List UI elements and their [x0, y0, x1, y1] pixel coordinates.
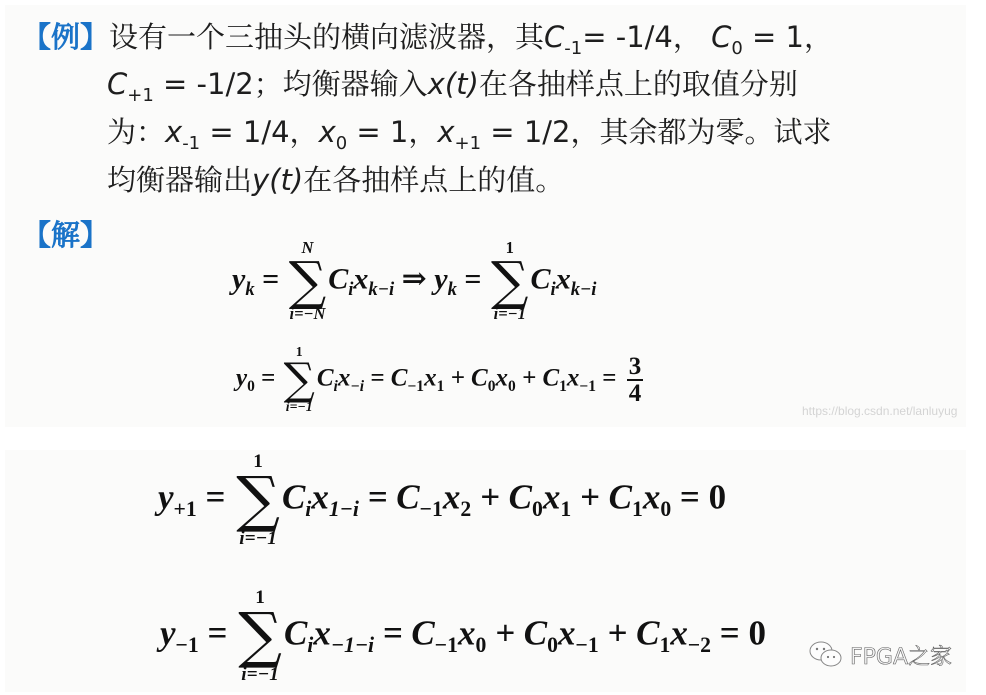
subscript: i [551, 279, 556, 300]
subscript: 0 [547, 633, 558, 657]
subscript: -1 [182, 133, 200, 154]
sigma: ∑ [284, 359, 315, 401]
var-x: x [353, 262, 368, 295]
subscript: 1 [632, 497, 643, 521]
var-x: x [311, 477, 329, 516]
value: = -1/4， [582, 20, 702, 54]
problem-line-2: C+1 = -1/2；均衡器输入x(t)在各抽样点上的取值分别 [107, 67, 798, 106]
var-x: x [670, 613, 688, 652]
subscript: 0 [475, 633, 486, 657]
value: = 1， [743, 20, 833, 54]
summation: 1∑i=−1 [491, 240, 528, 323]
wechat-icon [808, 640, 844, 670]
subscript: i [348, 279, 353, 300]
var-x: x [313, 613, 331, 652]
example-tag: 【例】 [22, 20, 109, 54]
equals: = [596, 364, 623, 391]
equation-general-sum: yk = N∑i=−NCixk−i ⇒ yk = 1∑i=−1Cixk−i [232, 240, 596, 323]
equals: = [457, 262, 489, 295]
subscript: 2 [460, 497, 471, 521]
subscript: 0 [336, 133, 347, 154]
subscript: −1 [575, 633, 598, 657]
var-y: y [160, 613, 176, 652]
subscript: 1 [437, 378, 445, 395]
var-c: C [284, 613, 307, 652]
fraction-result: 34 [627, 354, 644, 406]
var-t: (t) [445, 67, 479, 101]
subscript: −1 [420, 497, 443, 521]
problem-line-3: 为：x-1 = 1/4，x0 = 1，x+1 = 1/2，其余都为零。试求 [107, 115, 832, 154]
summation: N∑i=−N [289, 240, 326, 323]
term: + C [444, 364, 487, 391]
sigma: ∑ [289, 257, 326, 307]
var-x: x [495, 364, 508, 391]
var-x: x [443, 477, 461, 516]
value: = 1/2，其余都为零。试求 [481, 115, 831, 149]
term: = C [359, 477, 420, 516]
subscript: 1 [659, 633, 670, 657]
var-x: x [558, 613, 576, 652]
subscript: 0 [731, 38, 742, 59]
problem-text: 在各抽样点上的取值分别 [479, 67, 798, 101]
value: = -1/2；均衡器输入 [154, 67, 428, 101]
subscript: k [448, 279, 457, 300]
subscript: 1 [559, 378, 567, 395]
summation: 1∑i=−1 [238, 588, 282, 685]
sum-lower: i=−1 [491, 306, 528, 323]
equals: = [255, 364, 282, 391]
csdn-watermark: https://blog.csdn.net/lanluyug [802, 404, 957, 418]
subscript: k [245, 279, 254, 300]
value: = 1/4， [200, 115, 318, 149]
equals: = [199, 613, 236, 652]
var-c: C [544, 20, 564, 54]
var-x: x [428, 67, 445, 101]
var-t: (t) [269, 163, 303, 197]
var-x: x [556, 262, 571, 295]
sigma: ∑ [236, 471, 280, 529]
subscript: k−i [571, 279, 597, 300]
problem-text: 均衡器输出 [107, 163, 252, 197]
term: + C [571, 477, 632, 516]
sigma: ∑ [238, 607, 282, 665]
equation-y0: y0 = 1∑i=−1Cix−i = C−1x1 + C0x0 + C1x−1 … [236, 345, 643, 414]
subscript: -1 [564, 38, 582, 59]
var-y: y [434, 262, 447, 295]
subscript: −2 [688, 633, 711, 657]
term: = C [374, 613, 435, 652]
subscript: i [307, 633, 313, 657]
subscript: −1 [435, 633, 458, 657]
solution-heading: 【解】 [22, 218, 109, 252]
term: = C [364, 364, 407, 391]
subscript: 1 [560, 497, 571, 521]
var-x: x [567, 364, 580, 391]
subscript: 0 [488, 378, 496, 395]
equals: = [197, 477, 234, 516]
var-x: x [437, 115, 454, 149]
var-c: C [107, 67, 127, 101]
sum-lower: i=−1 [238, 665, 282, 684]
subscript: +1 [127, 85, 154, 106]
term: + C [486, 613, 547, 652]
term: + C [599, 613, 660, 652]
subscript: i [334, 378, 338, 395]
var-y: y [158, 477, 174, 516]
brand-name: FPGA之家 [850, 640, 952, 671]
subscript: k−i [368, 279, 394, 300]
subscript: i [305, 497, 311, 521]
var-y: y [236, 364, 247, 391]
var-x: x [643, 477, 661, 516]
sigma: ∑ [491, 257, 528, 307]
var-x: x [424, 364, 437, 391]
equation-y-plus1: y+1 = 1∑i=−1Cix1−i = C−1x2 + C0x1 + C1x0… [158, 452, 726, 549]
problem-text: 为： [107, 115, 165, 149]
problem-text: 设有一个三抽头的横向滤波器，其 [109, 20, 544, 54]
term: + C [516, 364, 559, 391]
subscript: +1 [174, 497, 197, 521]
subscript: 0 [508, 378, 516, 395]
var-c: C [328, 262, 348, 295]
subscript: −i [350, 378, 364, 395]
subscript: −1 [579, 378, 596, 395]
problem-text: 在各抽样点上的值。 [303, 163, 564, 197]
subscript: −1−i [331, 633, 374, 657]
result: = 0 [671, 477, 726, 516]
term: + C [471, 477, 532, 516]
subscript: −1 [176, 633, 199, 657]
var-c: C [282, 477, 305, 516]
subscript: +1 [455, 133, 482, 154]
solution-tag: 【解】 [22, 218, 109, 252]
brand-watermark: FPGA之家 [808, 640, 952, 670]
equation-y-minus1: y−1 = 1∑i=−1Cix−1−i = C−1x0 + C0x−1 + C1… [160, 588, 766, 685]
subscript: 0 [660, 497, 671, 521]
var-c: C [317, 364, 334, 391]
sum-lower: i=−1 [236, 529, 280, 548]
denominator: 4 [627, 381, 644, 406]
var-x: x [338, 364, 351, 391]
var-y: y [252, 163, 269, 197]
summation: 1∑i=−1 [284, 345, 315, 414]
subscript: 0 [532, 497, 543, 521]
value: = 1， [347, 115, 437, 149]
sum-lower: i=−1 [284, 400, 315, 414]
var-c: C [531, 262, 551, 295]
sum-lower: i=−N [289, 306, 326, 323]
result: = 0 [711, 613, 766, 652]
subscript: 1−i [329, 497, 359, 521]
equals: = [255, 262, 287, 295]
subscript: −1 [407, 378, 424, 395]
implies: ⇒ [394, 262, 434, 295]
var-x: x [458, 613, 476, 652]
numerator: 3 [627, 354, 644, 381]
summation: 1∑i=−1 [236, 452, 280, 549]
var-c: C [711, 20, 731, 54]
problem-line-4: 均衡器输出y(t)在各抽样点上的值。 [107, 163, 564, 197]
var-x: x [319, 115, 336, 149]
subscript: 0 [247, 378, 255, 395]
problem-line-1: 【例】设有一个三抽头的横向滤波器，其C-1= -1/4， C0 = 1， [22, 20, 833, 59]
var-x: x [165, 115, 182, 149]
var-x: x [543, 477, 561, 516]
var-y: y [232, 262, 245, 295]
